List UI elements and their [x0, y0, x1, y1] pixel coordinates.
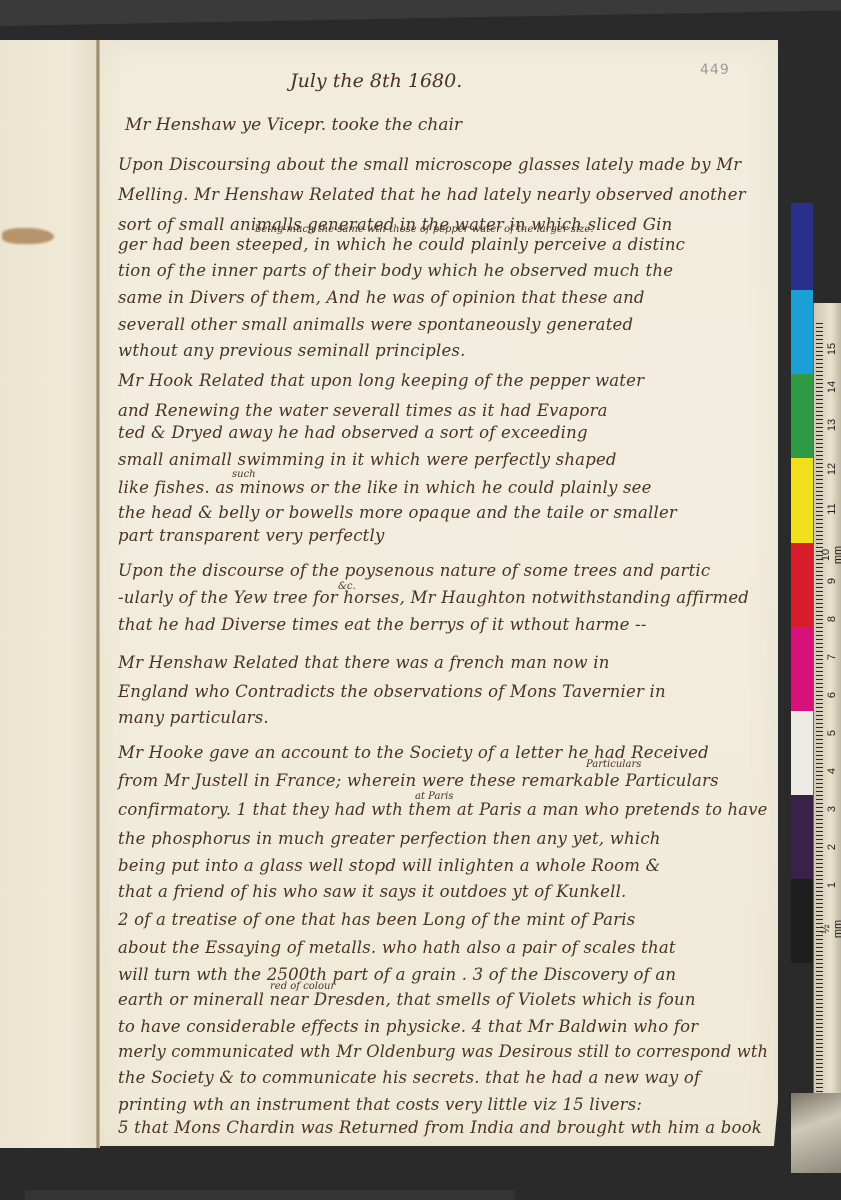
text-line: being put into a glass well stopd will i… — [118, 858, 660, 875]
text-line: ger had been steeped, in which he could … — [118, 237, 685, 254]
text-line: Melling. Mr Henshaw Related that he had … — [118, 187, 746, 204]
text-line: 2 of a treatise of one that has been Lon… — [118, 912, 635, 929]
text-line: about the Essaying of metalls. who hath … — [118, 940, 676, 957]
text-line: severall other small animalls were spont… — [118, 317, 633, 334]
text-line: part transparent very perfectly — [118, 528, 384, 545]
color-calibration-target: 15 14 13 12 11 10 mm 9 8 7 6 5 4 3 2 1 ½… — [791, 203, 841, 1173]
text-line: that a friend of his who saw it says it … — [118, 884, 627, 901]
text-line: ted & Dryed away he had observed a sort … — [118, 425, 588, 442]
ruler-base — [791, 1093, 841, 1173]
ruler-number: 4 — [826, 761, 838, 781]
ruler-number: 8 — [826, 609, 838, 629]
ruler-number: 11 — [826, 499, 838, 519]
patch-cyan — [791, 290, 813, 374]
text-line: Mr Hook Related that upon long keeping o… — [118, 373, 644, 390]
text-line: from Mr Justell in France; wherein were … — [118, 773, 719, 790]
ruler-number: 10 mm — [820, 545, 841, 565]
text-line: to have considerable effects in physicke… — [118, 1019, 698, 1036]
text-line: will turn wth the 2500th part of a grain… — [118, 967, 676, 984]
ruler-number: 13 — [826, 415, 838, 435]
text-line: like fishes. as minows or the like in wh… — [118, 480, 652, 497]
text-line: the Society & to communicate his secrets… — [118, 1070, 700, 1087]
patch-white — [791, 711, 813, 795]
text-line: the head & belly or bowells more opaque … — [118, 505, 677, 522]
date-heading: July the 8th 1680. — [290, 72, 462, 91]
ruler-number: 6 — [826, 685, 838, 705]
text-line: Mr Henshaw Related that there was a fren… — [118, 655, 610, 672]
text-line: Upon Discoursing about the small microsc… — [118, 157, 741, 174]
ink-stain — [2, 228, 54, 244]
text-line: that he had Diverse times eat the berrys… — [118, 617, 647, 634]
text-line: 5 that Mons Chardin was Returned from In… — [118, 1120, 762, 1137]
text-line: merly communicated wth Mr Oldenburg was … — [118, 1044, 768, 1061]
text-line: many particulars. — [118, 710, 269, 727]
patch-purple — [791, 795, 813, 879]
ruler-number: 14 — [826, 377, 838, 397]
text-line: the phosphorus in much greater perfectio… — [118, 831, 661, 848]
patch-magenta — [791, 627, 813, 711]
text-line: tion of the inner parts of their body wh… — [118, 263, 673, 280]
text-line: confirmatory. 1 that they had wth them a… — [118, 802, 768, 819]
measurement-ruler: 15 14 13 12 11 10 mm 9 8 7 6 5 4 3 2 1 ½… — [813, 303, 841, 1123]
ruler-number: 12 — [826, 459, 838, 479]
interlinear-note: being much the same wth those of pepper … — [255, 225, 594, 235]
text-line: earth or minerall near Dresden, that sme… — [118, 992, 696, 1009]
ruler-number: 15 — [826, 339, 838, 359]
text-line: -ularly of the Yew tree for horses, Mr H… — [118, 590, 749, 607]
patch-yellow — [791, 458, 813, 543]
binding-gutter — [96, 40, 100, 1148]
patch-green — [791, 374, 813, 458]
folio-number: 449 — [700, 62, 730, 78]
text-line: same in Divers of them, And he was of op… — [118, 290, 645, 307]
text-line: small animall swimming in it which were … — [118, 452, 617, 469]
ruler-number: 3 — [826, 799, 838, 819]
ruler-number: 2 — [826, 837, 838, 857]
ruler-number: 7 — [826, 647, 838, 667]
bottom-mount-board — [25, 1190, 515, 1200]
text-line: wthout any previous seminall principles. — [118, 343, 466, 360]
patch-red — [791, 543, 813, 627]
patch-blue — [791, 203, 813, 290]
text-line: England who Contradicts the observations… — [118, 684, 666, 701]
ruler-number: 5 — [826, 723, 838, 743]
text-line: Upon the discourse of the poysenous natu… — [118, 563, 710, 580]
patch-black — [791, 879, 813, 963]
ruler-ticks — [816, 323, 823, 1103]
ruler-number: 9 — [826, 571, 838, 591]
ruler-number: ½ mm — [820, 919, 841, 939]
text-line: and Renewing the water severall times as… — [118, 403, 608, 420]
facing-page-edge — [0, 40, 100, 1148]
ruler-number: 1 — [826, 875, 838, 895]
top-mount-board — [0, 0, 841, 26]
chair-line: Mr Henshaw ye Vicepr. tooke the chair — [125, 117, 462, 134]
interlinear-note: Particulars — [586, 760, 641, 770]
text-line: printing wth an instrument that costs ve… — [118, 1097, 642, 1114]
